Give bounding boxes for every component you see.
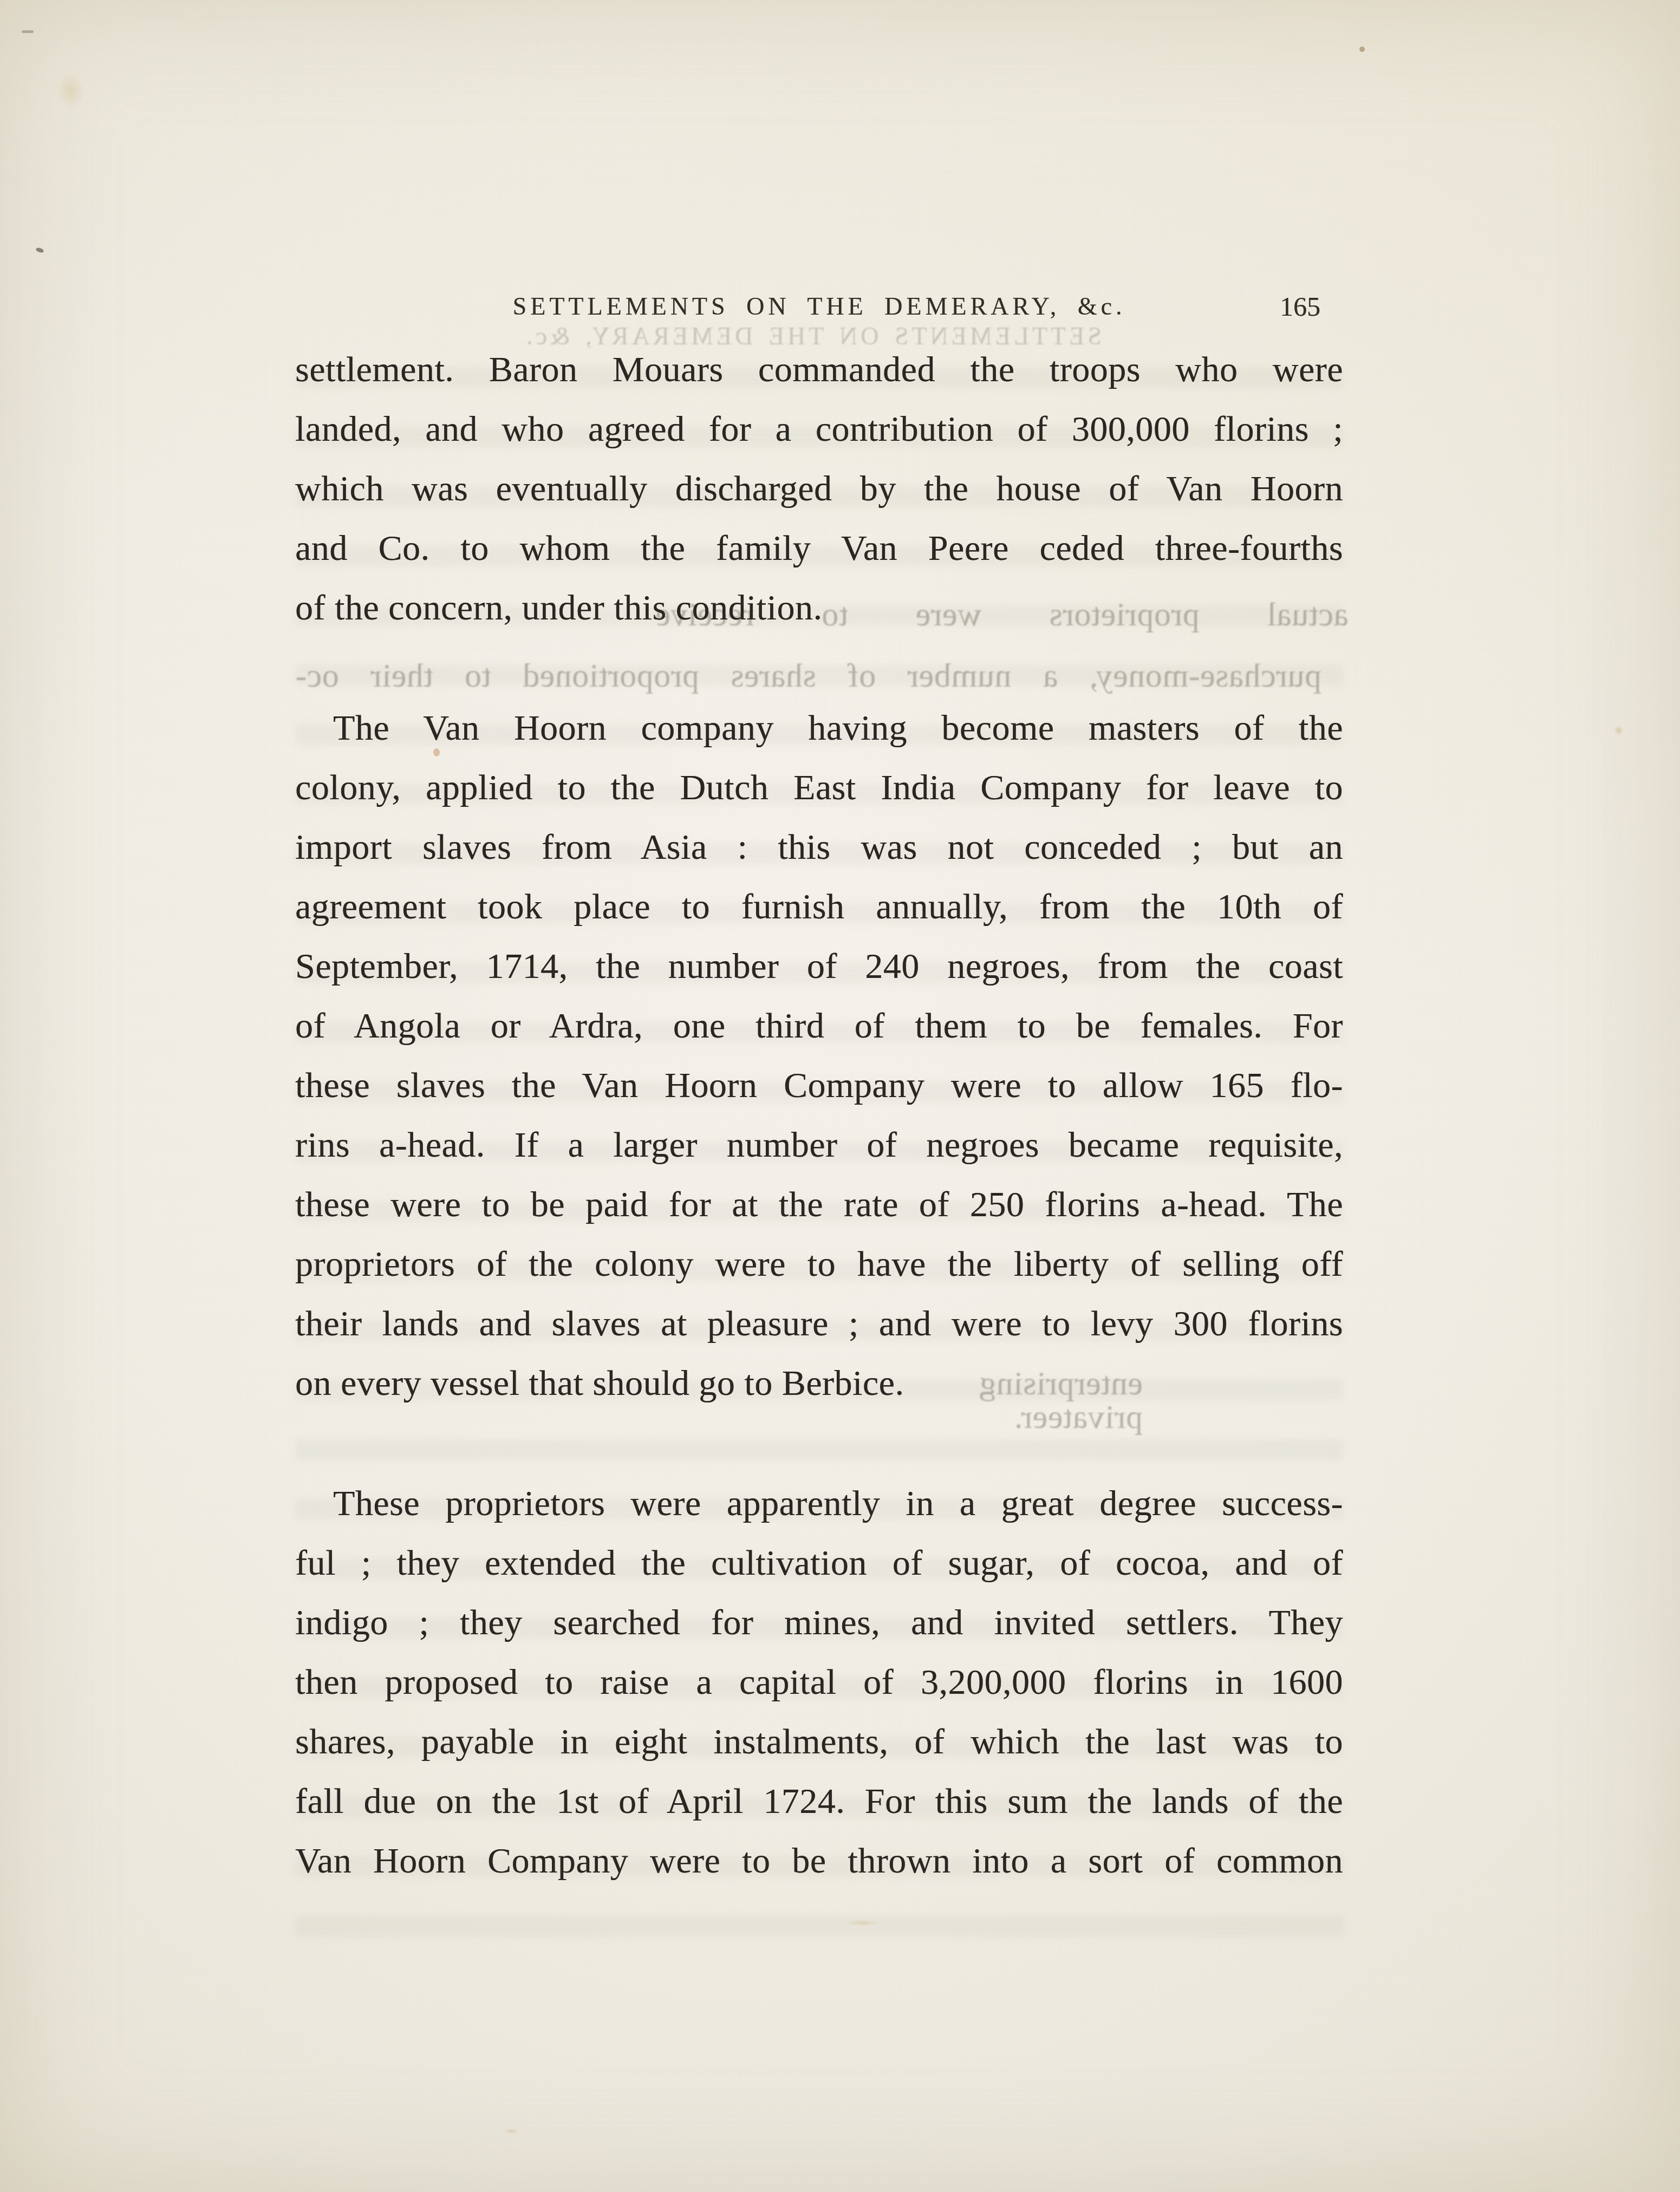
text-line: of Angola or Ardra, one third of them to… xyxy=(295,996,1343,1056)
text-line: September, 1714, the number of 240 negro… xyxy=(295,937,1343,996)
text-line: These proprietors were apparently in a g… xyxy=(295,1474,1343,1534)
text-line: and Co. to whom the family Van Peere ced… xyxy=(295,519,1343,578)
text-line: import slaves from Asia : this was not c… xyxy=(295,818,1343,877)
running-header: SETTLEMENTS ON THE DEMERARY, &c. xyxy=(295,286,1343,327)
stain xyxy=(51,65,89,116)
stain xyxy=(1359,47,1365,52)
text-line: which was eventually discharged by the h… xyxy=(295,459,1343,519)
paragraph: The Van Hoorn company having become mast… xyxy=(295,699,1343,1413)
text-line: The Van Hoorn company having become mast… xyxy=(295,699,1343,758)
text-line: fall due on the 1st of April 1724. For t… xyxy=(295,1772,1343,1831)
text-line: shares, payable in eight instalments, of… xyxy=(295,1712,1343,1772)
text-line: proprietors of the colony were to have t… xyxy=(295,1235,1343,1294)
text-line: these were to be paid for at the rate of… xyxy=(295,1175,1343,1235)
text-line: on every vessel that should go to Berbic… xyxy=(295,1354,1343,1413)
text-line: settlement. Baron Mouars commanded the t… xyxy=(295,340,1343,400)
paragraph: settlement. Baron Mouars commanded the t… xyxy=(295,340,1343,638)
text-line: then proposed to raise a capital of 3,20… xyxy=(295,1653,1343,1712)
paragraph: These proprietors were apparently in a g… xyxy=(295,1474,1343,1891)
text-line: their lands and slaves at pleasure ; and… xyxy=(295,1294,1343,1354)
stain xyxy=(35,247,44,253)
page-header: SETTLEMENTS ON THE DEMERARY, &c. 165 xyxy=(295,286,1343,329)
book-page: SETTLEMENTS ON THE DEMERARY, &c.actual p… xyxy=(0,0,1680,2192)
stain xyxy=(1614,726,1624,735)
body-text: settlement. Baron Mouars commanded the t… xyxy=(295,340,1343,1891)
stain xyxy=(504,2128,519,2134)
text-line: rins a-head. If a larger number of negro… xyxy=(295,1115,1343,1175)
text-line: indigo ; they searched for mines, and in… xyxy=(295,1593,1343,1653)
text-line: agreement took place to furnish annually… xyxy=(295,877,1343,937)
text-line: Van Hoorn Company were to be thrown into… xyxy=(295,1831,1343,1891)
stain xyxy=(22,30,34,33)
text-line: ful ; they extended the cultivation of s… xyxy=(295,1534,1343,1593)
text-line: colony, applied to the Dutch East India … xyxy=(295,758,1343,818)
page-number: 165 xyxy=(1280,286,1320,327)
text-line: landed, and who agreed for a contributio… xyxy=(295,400,1343,459)
text-line: these slaves the Van Hoorn Company were … xyxy=(295,1056,1343,1115)
text-line: of the concern, under this condition. xyxy=(295,578,1343,638)
